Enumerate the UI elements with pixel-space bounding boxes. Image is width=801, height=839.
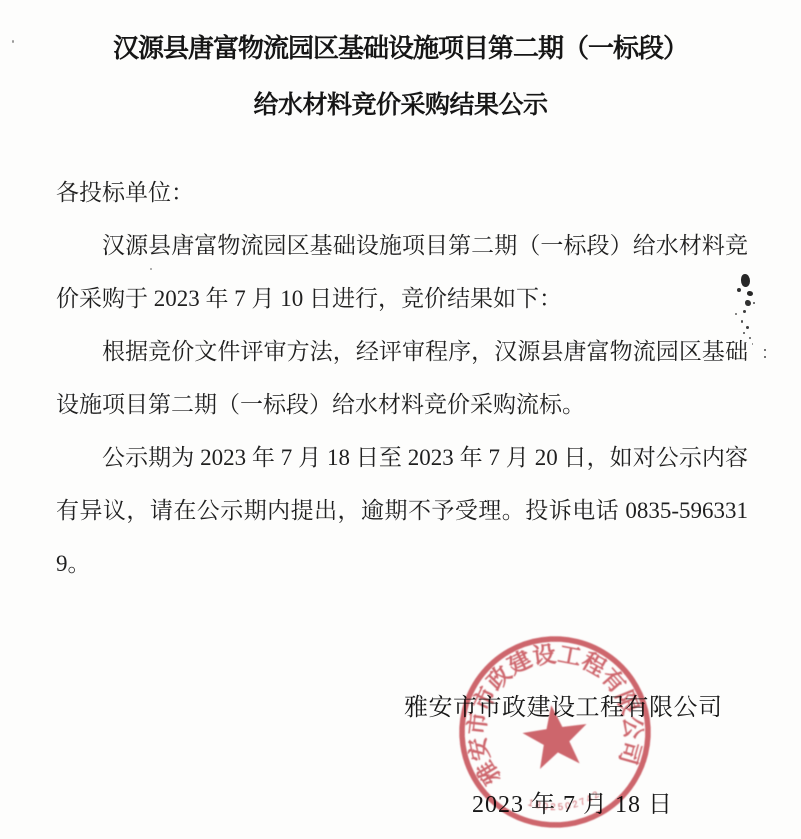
document-title-line-2: 给水材料竞价采购结果公示: [0, 85, 801, 121]
company-seal-stamp: 雅安市市政建设工程有限公司 1802502742: [440, 617, 670, 839]
salutation: 各投标单位：: [56, 166, 748, 219]
seal-serial-number: 1802502742: [525, 787, 605, 817]
paragraph-result: 根据竞价文件评审方法，经评审程序，汉源县唐富物流园区基础设施项目第二期（一标段）…: [56, 325, 748, 431]
scanned-document-page: 汉源县唐富物流园区基础设施项目第二期（一标段） 给水材料竞价采购结果公示 各投标…: [0, 0, 801, 839]
paragraph-bid-date: 汉源县唐富物流园区基础设施项目第二期（一标段）给水材料竞价采购于 2023 年 …: [56, 219, 748, 325]
paragraph-publicity-period: 公示期为 2023 年 7 月 18 日至 2023 年 7 月 20 日，如对…: [56, 431, 748, 590]
document-title-line-1: 汉源县唐富物流园区基础设施项目第二期（一标段）: [0, 28, 801, 65]
document-body: 各投标单位： 汉源县唐富物流园区基础设施项目第二期（一标段）给水材料竞价采购于 …: [56, 166, 748, 590]
seal-star-icon: [519, 701, 592, 771]
